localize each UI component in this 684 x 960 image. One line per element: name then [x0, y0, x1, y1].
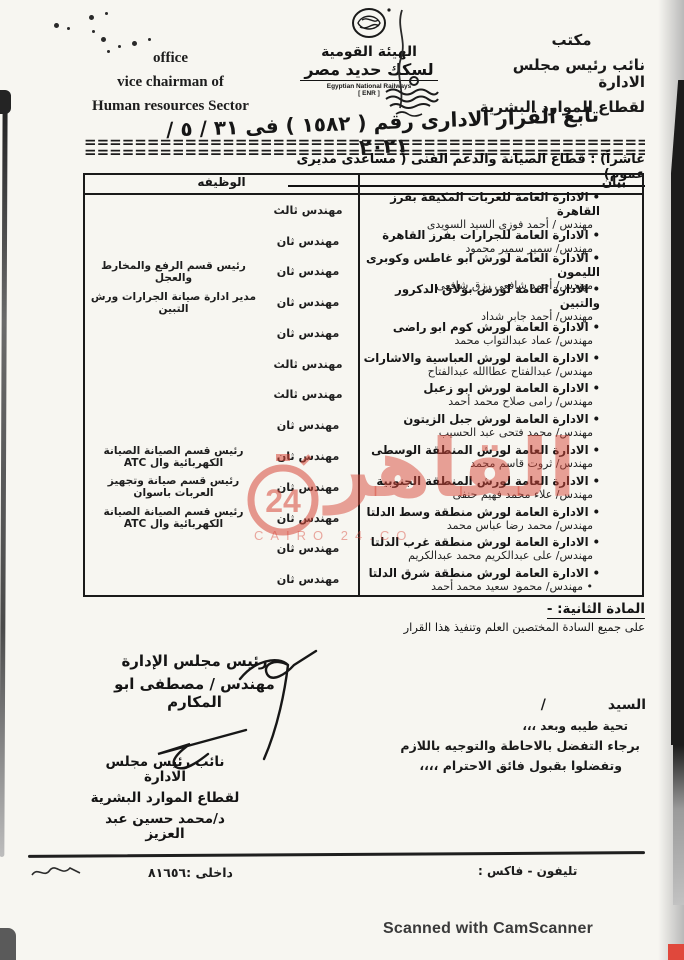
- engineer-name: مهندس/ محمد فتحى عبد الحسيب: [360, 426, 600, 439]
- camscanner-note: Scanned with CamScanner: [383, 920, 593, 938]
- table-row: • الادارة العامة للعربات المكيفة بفرز ال…: [85, 195, 642, 226]
- row-statement-cell: • الادارة العامة لورش منطقة غرب الدلتامه…: [358, 533, 642, 564]
- addressee-slash: /: [541, 697, 546, 713]
- job-rank: مهندس ثان: [258, 296, 358, 309]
- row-job-cell: مهندس ثالث: [85, 380, 358, 411]
- vice-name: د/محمد حسين عبد العزيز: [84, 812, 246, 842]
- row-job-cell: مهندس ثالث: [85, 349, 358, 380]
- engineer-name: مهندس/ محمد رضا عباس محمد: [360, 519, 600, 532]
- department-name: • الادارة العامة لورش المنطقة الجنوبية: [360, 474, 600, 488]
- engineer-name: مهندس/ على عبدالكريم محمد عبدالكريم: [360, 549, 600, 562]
- row-job-cell: مهندس ثان: [85, 564, 358, 595]
- row-job-cell: مهندس ثانرئيس قسم الصيانة الصيانة الكهرب…: [85, 503, 358, 534]
- handwritten-initials-scribble: [28, 862, 84, 882]
- vice-signature-block: نائب رئيس مجلس الادارة لقطاع الموارد الب…: [84, 755, 246, 848]
- table-row: • الادارة العامة لورش بولاق الدكرور والت…: [85, 287, 642, 318]
- row-job-cell: مهندس ثان: [85, 226, 358, 257]
- row-statement-cell: • الادارة العامة لورش المنطقة الجنوبيةمه…: [358, 472, 642, 503]
- job-extra-title: رئيس قسم صيانة وتجهيز العربات باسوان: [85, 475, 258, 499]
- department-name: • الادارة العامة لورش جبل الزيتون: [360, 412, 600, 426]
- row-statement-cell: • الادارة العامة لورش ابو زعبلمهندس/ رام…: [358, 380, 642, 411]
- red-corner-mark: [668, 944, 684, 960]
- engineer-name: مهندس/ رامى صلاح محمد أحمد: [360, 395, 600, 408]
- table-row: • الادارة العامة لورش منطقة غرب الدلتامه…: [85, 533, 642, 564]
- footer-divider-line: [28, 851, 645, 858]
- engineer-name: • مهندس/ محمود سعيد محمد أحمد: [360, 580, 600, 593]
- row-job-cell: مهندس ثان: [85, 533, 358, 564]
- department-name: • الادارة العامة لورش بولاق الدكرور والت…: [360, 282, 600, 310]
- vice-title: نائب رئيس مجلس الادارة: [84, 755, 246, 785]
- department-name: • الادارة العامة لورش المنطقة الوسطى: [360, 443, 600, 457]
- addressee-label: السيد: [608, 697, 646, 713]
- table-row: • الادارة العامة لورش المنطقة الوسطىمهند…: [85, 441, 642, 472]
- job-rank: مهندس ثان: [258, 265, 358, 278]
- department-name: • الادارة العامة لورش منطقة وسط الدلتا: [360, 505, 600, 519]
- job-rank: مهندس ثان: [258, 450, 358, 463]
- table-row: • الادارة العامة لورش كوم ابو راضىمهندس/…: [85, 318, 642, 349]
- column-header-job: الوظيفه: [85, 175, 358, 193]
- job-rank: مهندس ثالث: [258, 204, 358, 217]
- department-name: • الادارة العامة لورش منطقة شرق الدلتا: [360, 566, 600, 580]
- phone-fax-label: تليفون - فاكس :: [478, 864, 577, 878]
- closing-line: وتفضلوا بقبول فائق الاحترام ،،،،: [388, 758, 622, 773]
- row-statement-cell: • الادارة العامة لورش منطقة وسط الدلتامه…: [358, 503, 642, 534]
- engineer-name: مهندس/ عبدالفتاح عطاالله عبدالفتاح: [360, 365, 600, 378]
- job-rank: مهندس ثان: [258, 573, 358, 586]
- row-statement-cell: • الادارة العامة للعربات المكيفة بفرز ال…: [358, 195, 642, 226]
- scan-left-blob: [0, 90, 11, 114]
- job-rank: مهندس ثان: [258, 542, 358, 555]
- job-rank: مهندس ثان: [258, 235, 358, 248]
- row-statement-cell: • الادارة العامة لورش بولاق الدكرور والت…: [358, 287, 642, 318]
- internal-extension-label: داخلى :٨١٦٥٦: [148, 865, 233, 880]
- table-row: • الادارة العامة لورش المنطقة الجنوبيةمه…: [85, 472, 642, 503]
- row-statement-cell: • الادارة العامة لورش المنطقة الوسطىمهند…: [358, 441, 642, 472]
- article-two-title: المادة الثانية: -: [380, 601, 645, 617]
- job-extra-title: مدير ادارة صيانة الجرارات ورش التبين: [85, 291, 258, 315]
- vice-chairman-label-en: vice chairman of: [83, 74, 258, 91]
- row-statement-cell: • الادارة العامة لورش جبل الزيتونمهندس/ …: [358, 410, 642, 441]
- rule-row-1: ========================================…: [84, 137, 645, 147]
- request-line: برجاء التفضل بالاحاطة والتوجيه باللازم: [388, 738, 640, 753]
- table-row: • الادارة العامة لورش العباسية والاشارات…: [85, 349, 642, 380]
- department-name: • الادارة العامة لورش ابو زعبل: [360, 381, 600, 395]
- job-rank: مهندس ثان: [258, 481, 358, 494]
- office-label-ar: مكتب: [463, 32, 645, 49]
- job-rank: مهندس ثان: [258, 419, 358, 432]
- table-row: • الادارة العامة لورش ابو زعبلمهندس/ رام…: [85, 380, 642, 411]
- department-name: • الادارة العامة لورش ابو غاطس وكوبرى ال…: [360, 251, 600, 279]
- header-english-block: office vice chairman of Human resources …: [83, 50, 258, 122]
- article-two-block: المادة الثانية: - على جميع السادة المختص…: [380, 601, 645, 634]
- article-two-body: على جميع السادة المختصين العلم وتنفيذ هذ…: [380, 620, 645, 634]
- scanned-document-page: office vice chairman of Human resources …: [0, 0, 684, 960]
- row-job-cell: مهندس ثان: [85, 410, 358, 441]
- addressee-block: السيد / تحية طيبه وبعد ،،، برجاء التفضل …: [388, 697, 646, 773]
- engineer-name: مهندس/ علاء محمد فهيم حنفى: [360, 488, 600, 501]
- row-job-cell: مهندس ثان: [85, 318, 358, 349]
- enr-emblem-icon: [344, 4, 394, 42]
- table-row: • الادارة العامة لورش جبل الزيتونمهندس/ …: [85, 410, 642, 441]
- job-rank: مهندس ثان: [258, 512, 358, 525]
- scan-right-edge-fade: [673, 745, 684, 905]
- row-statement-cell: • الادارة العامة لورش العباسية والاشارات…: [358, 349, 642, 380]
- row-job-cell: مهندس ثالث: [85, 195, 358, 226]
- hr-sector-label-en: Human resources Sector: [83, 98, 258, 115]
- row-statement-cell: • الادارة العامة لورش منطقة شرق الدلتا• …: [358, 564, 642, 595]
- table-body: • الادارة العامة للعربات المكيفة بفرز ال…: [85, 195, 642, 595]
- row-job-cell: مهندس ثانرئيس قسم الرفع والمخارط والعجل: [85, 257, 358, 288]
- row-statement-cell: • الادارة العامة لورش كوم ابو راضىمهندس/…: [358, 318, 642, 349]
- department-name: • الادارة العامة لورش منطقة غرب الدلتا: [360, 535, 600, 549]
- scan-left-edge: [0, 92, 8, 857]
- vice-chairman-label-ar: نائب رئيس مجلس الادارة: [463, 57, 645, 91]
- engineer-name: مهندس/ ثروت قاسم محمد: [360, 457, 600, 470]
- job-rank: مهندس ثان: [258, 327, 358, 340]
- scan-bottom-left-mark: [0, 928, 16, 960]
- scan-right-edge: [671, 80, 684, 745]
- vice-sector: لقطاع الموارد البشرية: [84, 791, 246, 806]
- org-name-line1: الهيئة القومية: [298, 44, 440, 60]
- job-extra-title: رئيس قسم الرفع والمخارط والعجل: [85, 260, 258, 284]
- row-job-cell: مهندس ثانرئيس قسم صيانة وتجهيز العربات ب…: [85, 472, 358, 503]
- department-name: • الادارة العامة للجرارات بفرز القاهرة: [360, 228, 600, 242]
- row-job-cell: مهندس ثانرئيس قسم الصيانة الصيانة الكهرب…: [85, 441, 358, 472]
- assignments-table: بيان الوظيفه • الادارة العامة للعربات ال…: [83, 173, 644, 597]
- table-row: • الادارة العامة لورش منطقة وسط الدلتامه…: [85, 503, 642, 534]
- department-name: • الادارة العامة للعربات المكيفة بفرز ال…: [360, 190, 600, 218]
- department-name: • الادارة العامة لورش كوم ابو راضى: [360, 320, 600, 334]
- job-rank: مهندس ثالث: [258, 358, 358, 371]
- ink-dots: [45, 8, 48, 11]
- job-extra-title: رئيس قسم الصيانة الصيانة الكهربائية وال …: [85, 506, 258, 530]
- department-name: • الادارة العامة لورش العباسية والاشارات: [360, 351, 600, 365]
- table-row: • الادارة العامة لورش منطقة شرق الدلتا• …: [85, 564, 642, 595]
- greeting-line: تحية طيبه وبعد ،،،: [388, 719, 628, 733]
- row-job-cell: مهندس ثانمدير ادارة صيانة الجرارات ورش ا…: [85, 287, 358, 318]
- addressee-line: السيد /: [388, 697, 646, 713]
- job-rank: مهندس ثالث: [258, 388, 358, 401]
- job-extra-title: رئيس قسم الصيانة الصيانة الكهربائية وال …: [85, 445, 258, 469]
- engineer-name: مهندس/ عماد عبدالتواب محمد: [360, 334, 600, 347]
- office-label-en: office: [83, 50, 258, 67]
